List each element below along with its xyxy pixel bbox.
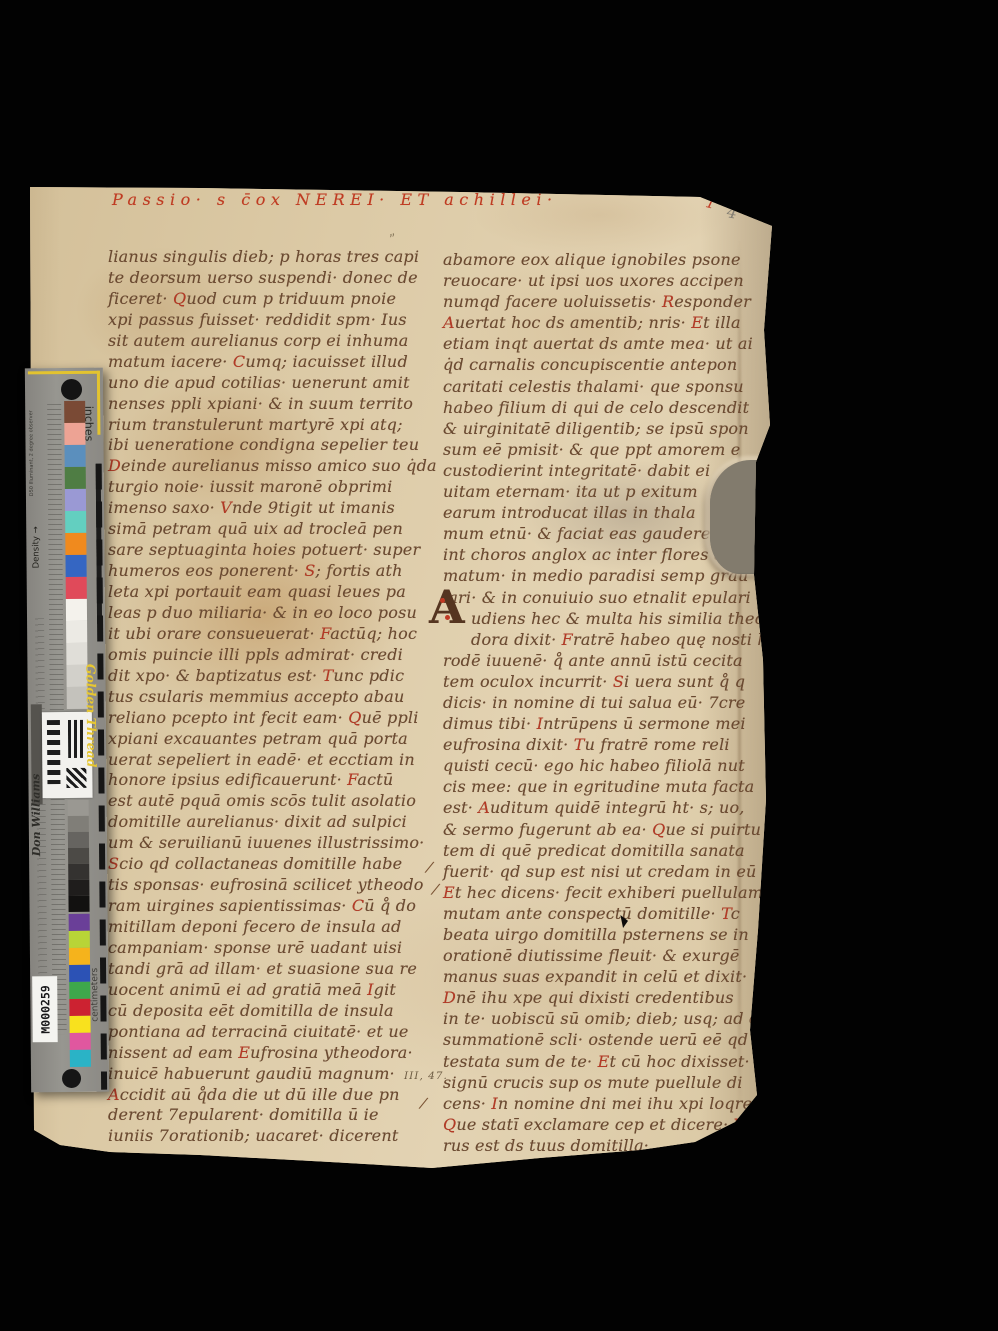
manuscript-line: cis mee: que in egritudine muta facta xyxy=(443,776,778,797)
manuscript-line: xpi passus fuisset· reddidit spm· Ius xyxy=(108,310,430,331)
color-patch xyxy=(66,643,87,665)
manuscript-line: rodē iuuenē· q̊ ante annū istū cecita xyxy=(443,650,778,671)
manuscript-line: matum iacere· Cumq; iacuisset illud xyxy=(108,352,430,373)
text-column-right: abamore eox alique ignobiles psonereuoca… xyxy=(443,249,778,1156)
manuscript-line: dora dixit· Fratrē habeo quę nosti he xyxy=(443,629,778,650)
manuscript-line: nenses ppli xpiani· & in suum territo xyxy=(108,394,430,415)
color-patch xyxy=(69,965,90,982)
resolution-bars xyxy=(47,720,61,784)
color-patch xyxy=(70,1050,91,1067)
manuscript-line: ficeret· Quod cum p triduum pnoie xyxy=(108,289,430,310)
manuscript-line: nissent ad eam Eufrosina ytheodora· xyxy=(108,1043,430,1064)
color-patch-column-bottom xyxy=(69,914,91,1067)
maker-name: Don Williams xyxy=(29,686,43,856)
manuscript-line: dit xpo· & baptizatus est· Tunc pdic xyxy=(108,666,430,687)
bottom-margin-citation: III, 47. xyxy=(404,1070,448,1082)
manuscript-line: tem oculox incurrit· Si uera sunt q̊ q xyxy=(443,671,778,692)
color-patch xyxy=(69,1016,90,1033)
manuscript-line: iuniis 7orationib; uacaret· dicerent xyxy=(108,1126,430,1147)
manuscript-line: in te· uobiscū sū omib; dieb; usq; ad co… xyxy=(443,1008,778,1029)
manuscript-line: caritati celestis thalami· que sponsu xyxy=(443,376,778,397)
manuscript-line: tandi grā ad illam· et suasione sua re xyxy=(108,959,430,980)
centimeters-label: centimeters xyxy=(90,968,100,1022)
color-patch xyxy=(65,467,86,489)
manuscript-line: est· Auditum quidē integrū ht· s; uo, xyxy=(443,797,778,818)
color-patch xyxy=(65,555,86,577)
title-rubric: Passio· s c̄ox NEREI· ET achillei· xyxy=(112,190,558,209)
manuscript-line: fuerit· qd sup est nisi ut credam in eū xyxy=(443,861,778,882)
manuscript-line: te deorsum uerso suspendi· donec de xyxy=(108,268,430,289)
manuscript-line: uno die apud cotilias· uenerunt amit xyxy=(108,373,430,394)
manuscript-line: abamore eox alique ignobiles psone xyxy=(443,249,778,270)
parchment-page: Passio· s c̄ox NEREI· ET achillei· 1 4 „… xyxy=(0,0,998,1331)
manuscript-line: Dnē ihu xpe qui dixisti credentibus xyxy=(443,987,778,1008)
color-patch xyxy=(68,896,89,912)
manuscript-line: ibi ueneratione condigna sepelier teu xyxy=(108,435,430,456)
color-patch xyxy=(65,511,86,533)
manuscript-line: um & seruilianū iuuenes illustrissimo· xyxy=(108,833,430,854)
manuscript-line: orationē diutissime fleuit· & exurgē xyxy=(443,945,778,966)
manuscript-line: tus csularis memmius accepto abau xyxy=(108,687,430,708)
manuscript-photo: Passio· s c̄ox NEREI· ET achillei· 1 4 „… xyxy=(0,0,998,1331)
manuscript-line: tem di quē predicat domitilla sanata xyxy=(443,840,778,861)
manuscript-line: Accidit aū q̊da die ut dū ille due pn xyxy=(108,1085,430,1106)
color-patch xyxy=(69,982,90,999)
manuscript-line: quisti cecū· ego hic habeo filiolā nut xyxy=(443,755,778,776)
manuscript-line: leas p duo miliaria· & in eo loco posu xyxy=(108,603,430,624)
target-id-label: M000259 xyxy=(32,976,58,1042)
color-patch xyxy=(69,948,90,965)
manuscript-line: sit autem aurelianus corp ei inhuma xyxy=(108,331,430,352)
manuscript-line: Scio qd collactaneas domitille habe xyxy=(108,854,430,875)
manuscript-line: derent 7epularent· domitilla ū ie xyxy=(108,1105,430,1126)
manuscript-line: & sermo fugerunt ab ea· Que si puirtu xyxy=(443,819,778,840)
manuscript-line: turgio noie· iussit maronē obprimi xyxy=(108,477,430,498)
manuscript-line: habeo filium di qui de celo descendit xyxy=(443,397,778,418)
manuscript-line: imenso saxo· Vnde 9tigit ut imanis xyxy=(108,498,430,519)
text-column-left: lianus singulis dieb; p horas tres capit… xyxy=(108,247,430,1147)
top-margin-marks: „ xyxy=(386,223,398,240)
manuscript-line: inuicē habuerunt gaudiū magnum· xyxy=(108,1064,430,1085)
manuscript-line: campaniam· sponse urē uadant uisi xyxy=(108,938,430,959)
manuscript-line: humeros eos ponerent· S; fortis ath xyxy=(108,561,430,582)
color-patch xyxy=(65,533,86,555)
manuscript-line: pontiana ad terracinā ciuitatē· et ue xyxy=(108,1022,430,1043)
manuscript-line: est autē pquā omis scōs tulit asolatio xyxy=(108,791,430,812)
manuscript-line: sare septuaginta hoies potuert· super xyxy=(108,540,430,561)
registration-dot-bottom xyxy=(62,1069,81,1088)
manuscript-line: Deinde aurelianus misso amico suo q̇da xyxy=(108,456,430,477)
manuscript-line: sum eē pmisit· & que ppt amorem e xyxy=(443,439,778,460)
target-accent-line xyxy=(28,371,100,375)
manuscript-line: tis sponsas· eufrosinā scilicet ytheodo xyxy=(108,875,430,896)
color-patch xyxy=(66,599,87,621)
gutter-mark: / xyxy=(431,880,440,899)
color-patch xyxy=(66,577,87,599)
manuscript-line: mitillam deponi fecero de insula ad xyxy=(108,917,430,938)
manuscript-line: simā petram quā uix ad trocleā pen xyxy=(108,519,430,540)
color-patch xyxy=(68,880,89,896)
color-patch xyxy=(68,800,89,816)
manuscript-line: Que statī exclamare cep et dicere· Ve xyxy=(443,1114,778,1135)
color-patch xyxy=(70,1033,91,1050)
manuscript-line: it ubi orare consueuerat· Factūq; hoc xyxy=(108,624,430,645)
color-calibration-target: inches D50 Illuminant, 2 degree observer… xyxy=(25,368,109,1093)
color-patch xyxy=(64,401,85,423)
color-patch xyxy=(64,423,85,445)
color-patch xyxy=(69,931,90,948)
manuscript-line: lianus singulis dieb; p horas tres capi xyxy=(108,247,430,268)
manuscript-line: testata sum de te· Et cū hoc dixisset· f… xyxy=(443,1051,778,1072)
manuscript-line: ram uirgines sapientissimas· Cū q̊ do xyxy=(108,896,430,917)
color-patch xyxy=(68,816,89,832)
manuscript-line: cū deposita eēt domitilla de insula xyxy=(108,1001,430,1022)
manuscript-line: signū crucis sup os mute puellule di xyxy=(443,1072,778,1093)
manuscript-line: summationē scli· ostende uerū eē qd p xyxy=(443,1029,778,1050)
manuscript-line: reliano pcepto int fecit eam· Quē ppli xyxy=(108,708,430,729)
manuscript-line: eufrosina dixit· Tu fratrē rome reli xyxy=(443,734,778,755)
manuscript-line: q̇d carnalis concupiscentie antepon xyxy=(443,354,778,375)
color-patch xyxy=(69,999,90,1016)
manuscript-line: manus suas expandit in celū et dixit· xyxy=(443,966,778,987)
manuscript-line: Et hec dicens· fecit exhiberi puellulam xyxy=(443,882,778,903)
registration-dot-top xyxy=(61,379,82,400)
manuscript-line: udiens hec & multa his similia theo xyxy=(443,608,778,629)
color-patch-column-top xyxy=(64,401,88,709)
manuscript-line: Auertat hoc ds amentib; nris· Et illa xyxy=(443,312,778,333)
manuscript-line: rus est ds tuus domitilla· xyxy=(443,1135,778,1156)
manuscript-line: numqd facere uoluissetis· Responder xyxy=(443,291,778,312)
parchment-hole xyxy=(710,460,798,574)
manuscript-line: omis puincie illi ppls admirat· credi xyxy=(108,645,430,666)
color-patch xyxy=(66,621,87,643)
color-patch xyxy=(65,489,86,511)
manuscript-line: honore ipsius edificauerunt· Factū xyxy=(108,770,430,791)
color-patch xyxy=(69,914,90,931)
manuscript-line: etiam inqt auertat ds amte mea· ut ai xyxy=(443,333,778,354)
target-id-text: M000259 xyxy=(38,985,52,1034)
manuscript-line: xpiani excauantes petram quā porta xyxy=(108,729,430,750)
manuscript-line: beata uirgo domitilla psternens se in xyxy=(443,924,778,945)
manuscript-line: domitille aurelianus· dixit ad sulpici xyxy=(108,812,430,833)
manuscript-line: uocent animū ei ad gratiā meā Igit xyxy=(108,980,430,1001)
resolution-bars xyxy=(68,720,85,758)
color-patch xyxy=(68,864,89,880)
manuscript-line: dimus tibi· Intrūpens ū sermone mei xyxy=(443,713,778,734)
decorated-initial: A xyxy=(429,584,465,630)
manuscript-line: rium transtulerunt martyrē xpi atq; xyxy=(108,415,430,436)
density-label: Density → xyxy=(31,526,41,568)
color-patch xyxy=(68,848,89,864)
manuscript-line: mutam ante conspectū domitille· Tc xyxy=(443,903,778,924)
manuscript-line: cens· In nomine dni mei ihu xpi loqre xyxy=(443,1093,778,1114)
color-patch xyxy=(68,832,89,848)
manuscript-line: lari· & in conuiuio suo etnalit epulari xyxy=(443,587,778,608)
manuscript-line: uerat sepeliert in eadē· et ecctiam in xyxy=(108,750,430,771)
grayscale-patch-column xyxy=(68,800,90,912)
manuscript-line: leta xpi portauit eam quasi leues pa xyxy=(108,582,430,603)
manuscript-line: & uirginitatē diligentib; se ipsū spon xyxy=(443,418,778,439)
target-accent-line xyxy=(97,371,101,435)
manuscript-line: reuocare· ut ipsi uos uxores accipen xyxy=(443,270,778,291)
color-patch xyxy=(65,445,86,467)
illuminant-note: D50 Illuminant, 2 degree observer xyxy=(28,410,35,496)
manuscript-line: dicis· in nomine di tui salua eū· 7cre xyxy=(443,692,778,713)
